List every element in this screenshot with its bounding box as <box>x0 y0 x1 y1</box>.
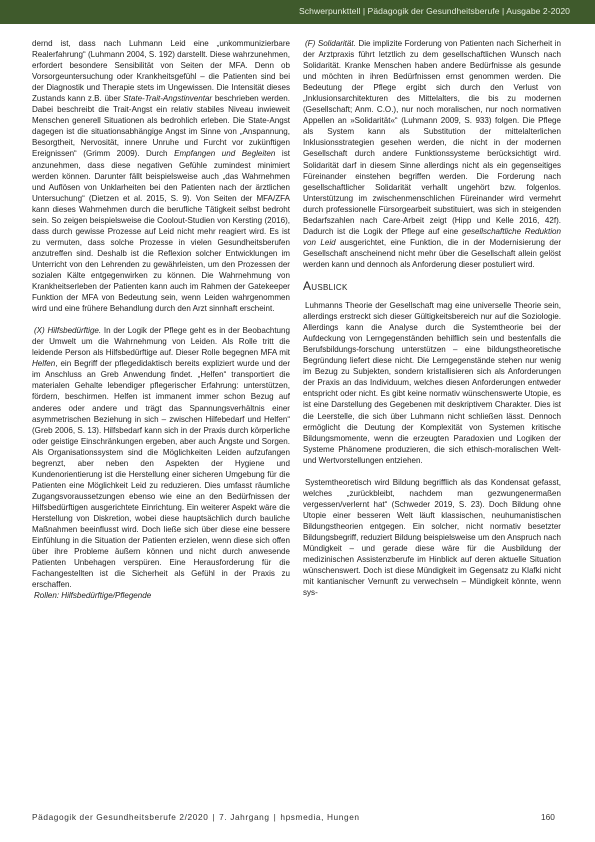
paragraph-label: (X) Hilfsbedürftige. <box>34 326 101 335</box>
italic-term: Empfangen und Begleiten <box>174 149 275 158</box>
italic-term: State-Trait-Angstinventar <box>123 94 212 103</box>
text: ausgerichtet, eine Funktion, die in der … <box>303 238 561 269</box>
paragraph: (F) Solidarität. Die implizite Forderung… <box>303 38 561 270</box>
page-number: 160 <box>541 812 555 822</box>
left-column: dernd ist, dass nach Luhmann Leid eine „… <box>32 38 290 612</box>
paragraph-label: (F) Solidarität. <box>305 39 356 48</box>
text: Die implizite Forderung von Patienten na… <box>303 39 561 236</box>
section-heading: Ausblick <box>303 281 561 292</box>
paragraph: Luhmanns Theorie der Gesellschaft mag ei… <box>303 300 561 466</box>
text: ist anzunehmen, dass diese negativen Gef… <box>32 149 290 313</box>
paragraph: dernd ist, dass nach Luhmann Leid eine „… <box>32 38 290 314</box>
publisher: hpsmedia, Hungen <box>280 812 359 822</box>
running-title: Schwerpunkttell | Pädagogik der Gesundhe… <box>299 6 570 16</box>
right-column: (F) Solidarität. Die implizite Forderung… <box>303 38 561 609</box>
paragraph: (X) Hilfsbedürftige. In der Logik der Pf… <box>32 325 290 590</box>
volume: 7. Jahrgang <box>219 812 269 822</box>
separator: | <box>270 812 281 822</box>
separator: | <box>208 812 219 822</box>
header-band: Schwerpunkttell | Pädagogik der Gesundhe… <box>0 0 595 24</box>
paragraph: Systemtheoretisch wird Bildung begriffli… <box>303 477 561 599</box>
roles-text: Rollen: Hilfsbedürftige/Pflegende <box>34 591 151 600</box>
footer: Pädagogik der Gesundheitsberufe 2/2020|7… <box>32 812 360 822</box>
text: , ein Begriff der pflegedidaktisch berei… <box>32 359 290 589</box>
italic-term: Helfen <box>32 359 55 368</box>
journal-name: Pädagogik der Gesundheitsberufe 2/2020 <box>32 812 208 822</box>
roles-line: Rollen: Hilfsbedürftige/Pflegende <box>32 590 290 601</box>
